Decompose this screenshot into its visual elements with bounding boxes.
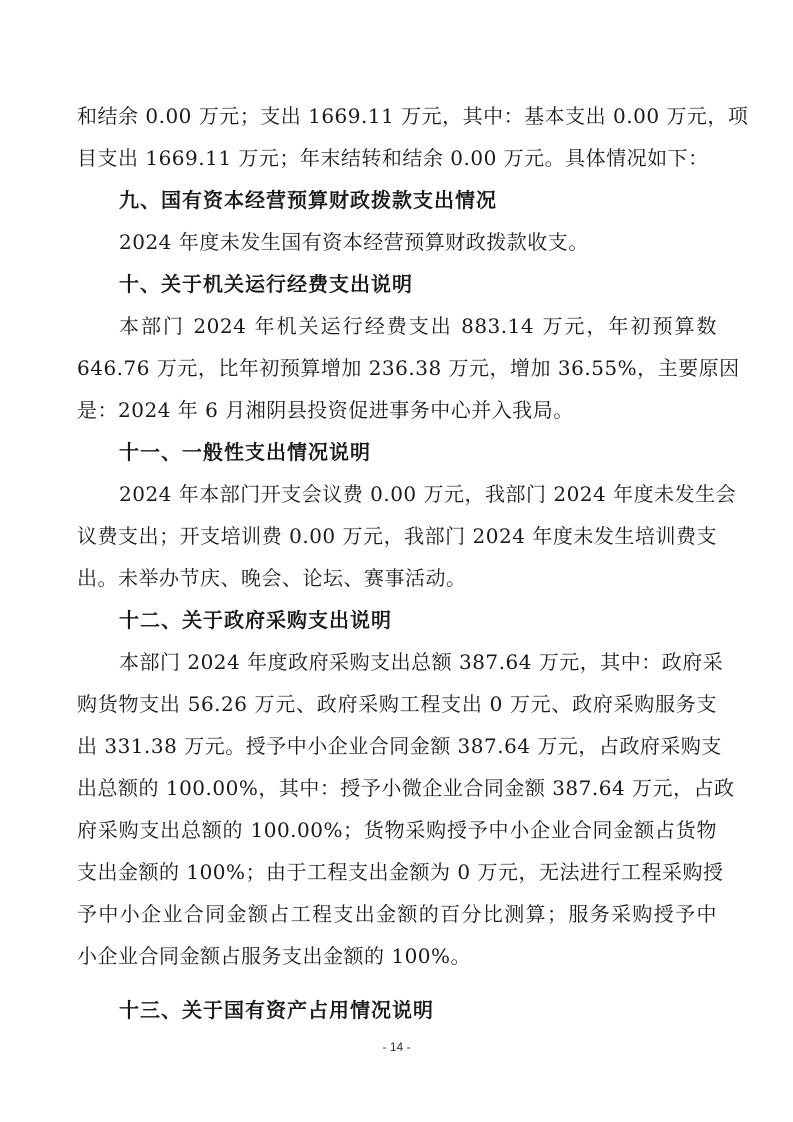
body-text-line: 2024 年度未发生国有资本经营预算财政拨款收支。 [119, 230, 759, 254]
body-text-line: 是：2024 年 6 月湘阴县投资促进事务中心并入我局。 [77, 398, 717, 422]
body-text-line: 出 331.38 万元。授予中小企业合同金额 387.64 万元，占政府采购支 [77, 734, 717, 758]
body-text-line: 出总额的 100.00%，其中：授予小微企业合同金额 387.64 万元，占政 [77, 776, 717, 800]
body-text-line: 2024 年本部门开支会议费 0.00 万元，我部门 2024 年度未发生会 [119, 482, 717, 506]
body-text-line: 购货物支出 56.26 万元、政府采购工程支出 0 万元、政府采购服务支 [77, 692, 717, 716]
section-heading-10: 十、关于机关运行经费支出说明 [119, 272, 759, 296]
section-heading-9: 九、国有资本经营预算财政拨款支出情况 [119, 188, 759, 212]
document-page: 和结余 0.00 万元；支出 1669.11 万元，其中：基本支出 0.00 万… [0, 0, 793, 1122]
body-text-line: 目支出 1669.11 万元；年末结转和结余 0.00 万元。具体情况如下： [77, 146, 717, 170]
page-number: - 14 - [0, 1040, 793, 1054]
body-text-line: 本部门 2024 年机关运行经费支出 883.14 万元，年初预算数 [119, 314, 717, 338]
body-text-line: 出。未举办节庆、晚会、论坛、赛事活动。 [77, 566, 717, 590]
section-heading-12: 十二、关于政府采购支出说明 [119, 608, 759, 632]
body-text-line: 府采购支出总额的 100.00%；货物采购授予中小企业合同金额占货物 [77, 818, 717, 842]
body-text-line: 646.76 万元，比年初预算增加 236.38 万元，增加 36.55%，主要… [77, 356, 717, 380]
body-text-line: 小企业合同金额占服务支出金额的 100%。 [77, 944, 717, 968]
body-text-line: 议费支出；开支培训费 0.00 万元，我部门 2024 年度未发生培训费支 [77, 524, 717, 548]
section-heading-11: 十一、一般性支出情况说明 [119, 440, 759, 464]
body-text-line: 和结余 0.00 万元；支出 1669.11 万元，其中：基本支出 0.00 万… [77, 104, 717, 128]
body-text-line: 支出金额的 100%；由于工程支出金额为 0 万元，无法进行工程采购授 [77, 860, 717, 884]
body-text-line: 予中小企业合同金额占工程支出金额的百分比测算；服务采购授予中 [77, 902, 717, 926]
body-text-line: 本部门 2024 年度政府采购支出总额 387.64 万元，其中：政府采 [119, 650, 717, 674]
section-heading-13: 十三、关于国有资产占用情况说明 [119, 998, 759, 1022]
